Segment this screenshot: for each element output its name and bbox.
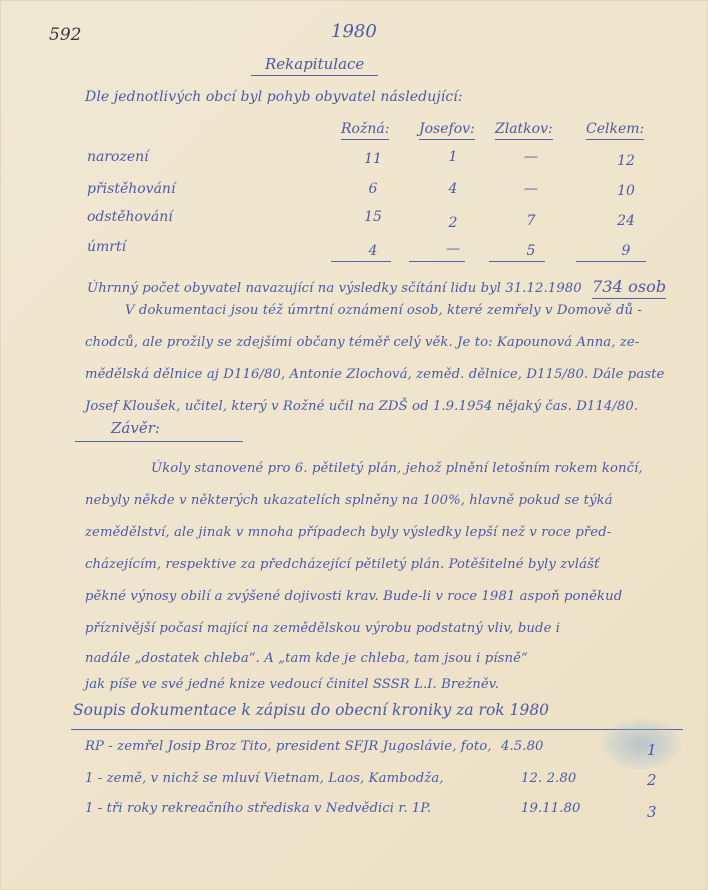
conclusion-heading: Závěr: — [111, 419, 160, 437]
table-cell: 1 — [423, 149, 483, 165]
conclusion-line: Úkoly stanovené pro 6. pětiletý plán, je… — [151, 461, 643, 476]
conclusion-line: nebyly někde v některých ukazatelích spl… — [85, 493, 613, 508]
page-title: Rekapitulace — [251, 55, 378, 76]
doc-paragraph-line: mědělská dělnice aj D116/80, Antonie Zlo… — [85, 367, 664, 382]
population-summary: Úhrnný počet obyvatel navazující na výsl… — [87, 277, 666, 296]
table-cell: 24 — [596, 213, 656, 229]
column-header-celkem: Celkem: — [586, 121, 644, 140]
documentation-list-rule — [71, 729, 683, 730]
list-item-text: RP - zemřel Josip Broz Tito, president S… — [85, 739, 492, 754]
list-item-date: 4.5.80 — [501, 739, 544, 754]
conclusion-heading-rule — [75, 441, 243, 442]
row-label: přistěhování — [87, 181, 175, 197]
table-cell: 4 — [343, 243, 403, 259]
table-cell: 11 — [343, 151, 403, 167]
list-item-text: 1 - země, v nichž se mluví Vietnam, Laos… — [85, 771, 444, 786]
sum-rule — [409, 261, 465, 262]
chronicle-page: 592 1980 Rekapitulace Dle jednotlivých o… — [0, 0, 708, 890]
conclusion-line: jak píše ve své jedné knize vedoucí čini… — [85, 677, 499, 692]
table-cell: 10 — [596, 183, 656, 199]
list-item-text: 1 - tři roky rekreačního střediska v Ned… — [85, 801, 431, 816]
conclusion-line: nadále „dostatek chleba“. A „tam kde je … — [85, 651, 528, 666]
table-cell: 2 — [423, 215, 483, 231]
list-item-date: 19.11.80 — [521, 801, 581, 816]
intro-text: Dle jednotlivých obcí byl pohyb obyvatel… — [85, 89, 463, 105]
conclusion-line: pěkné výnosy obilí a zvýšené dojivosti k… — [85, 589, 622, 604]
ink-blot — [601, 719, 681, 769]
list-item-number: 2 — [647, 771, 657, 789]
row-label: narození — [87, 149, 149, 165]
column-header-josefov: Josefov: — [419, 121, 475, 140]
table-cell: 15 — [343, 209, 403, 225]
column-header-zlatkov: Zlatkov: — [495, 121, 553, 140]
row-label: odstěhování — [87, 209, 173, 225]
table-cell: 4 — [423, 181, 483, 197]
doc-paragraph-line: V dokumentaci jsou též úmrtní oznámení o… — [125, 303, 642, 318]
row-label: úmrtí — [87, 239, 126, 255]
conclusion-line: příznivější počasí mající na zemědělskou… — [85, 621, 560, 636]
list-item-number: 1 — [647, 741, 657, 759]
sum-rule — [489, 261, 545, 262]
table-cell: 9 — [596, 243, 656, 259]
conclusion-line: zemědělství, ale jinak v mnoha případech… — [85, 525, 611, 540]
list-item-date: 12. 2.80 — [521, 771, 576, 786]
documentation-list-heading: Soupis dokumentace k zápisu do obecní kr… — [73, 701, 549, 719]
doc-paragraph-line: chodců, ale prožily se zdejšími občany t… — [85, 335, 639, 350]
table-cell: — — [501, 149, 561, 165]
page-number: 592 — [49, 25, 81, 45]
conclusion-line: cházejícím, respektive za předcházející … — [85, 557, 599, 572]
table-cell: — — [501, 181, 561, 197]
summary-total: 734 osob — [592, 277, 666, 299]
table-cell: — — [423, 241, 483, 257]
table-cell: 7 — [501, 213, 561, 229]
sum-rule — [331, 261, 391, 262]
column-header-rozna: Rožná: — [341, 121, 389, 140]
year-heading: 1980 — [331, 21, 377, 42]
table-cell: 5 — [501, 243, 561, 259]
sum-rule — [576, 261, 646, 262]
table-cell: 6 — [343, 181, 403, 197]
table-cell: 12 — [596, 153, 656, 169]
list-item-number: 3 — [647, 803, 657, 821]
summary-text: Úhrnný počet obyvatel navazující na výsl… — [87, 281, 582, 296]
doc-paragraph-line: Josef Kloušek, učitel, který v Rožné uči… — [85, 399, 638, 414]
